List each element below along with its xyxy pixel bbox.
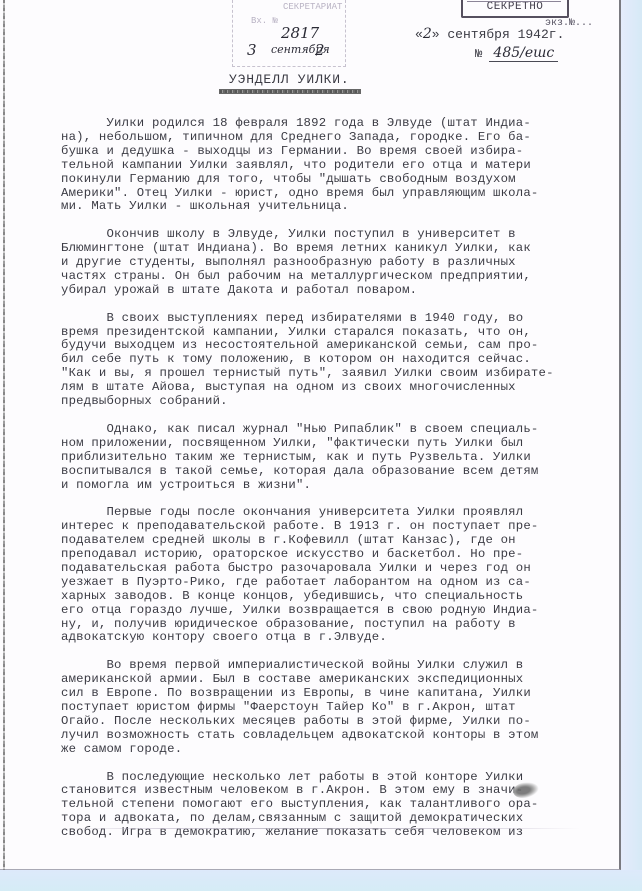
text-line: Во время первой империалистической войны… (61, 659, 609, 673)
text-line: предвыборных собраний. (61, 395, 609, 409)
text-line: харных заводов. В конце концов, убедивши… (61, 590, 609, 604)
number-prefix: № (475, 47, 482, 61)
paragraph: Во время первой империалистической войны… (61, 659, 609, 756)
scan-background-bottom (0, 870, 642, 891)
text-line: подавателем средней школы в г.Кофевилл (… (61, 534, 609, 548)
text-line: американской армии. Был в составе америк… (61, 673, 609, 687)
paragraph: В своих выступлениях перед избирателями … (61, 312, 609, 409)
page-edge (3, 0, 5, 870)
text-line: Америки". Отец Уилки - юрист, одно время… (61, 187, 609, 201)
scan-background-right (620, 0, 642, 891)
stamp-header: СЕКРЕТАРИАТ (283, 2, 342, 12)
text-line: адвокатскую контору своего отца в г.Элву… (61, 631, 609, 645)
text-line: покинули Германию для того, чтобы "дышат… (61, 173, 609, 187)
faint-rule (60, 828, 580, 829)
text-line: тора и адвоката, по делам,связанным с за… (61, 812, 609, 826)
paragraph: Однако, как писал журнал "Нью Рипаблик" … (61, 423, 609, 493)
document-page: СЕКРЕТАРИАТ Вх. № 2817 3 сентября 2 СЕКР… (0, 0, 621, 870)
text-line: сил в Европе. По возвращении из Европы, … (61, 687, 609, 701)
paragraph: Первые годы после окончания университета… (61, 506, 609, 645)
text-line: Окончив школу в Элвуде, Уилки поступил в… (61, 228, 609, 242)
document-number: № 485/ешс (475, 45, 558, 61)
text-line: уезжает в Пуэрто-Рико, где работает лабо… (61, 576, 609, 590)
text-line: ну, и, получив юридическое образование, … (61, 618, 609, 632)
number-value: 485/ешс (489, 45, 558, 62)
date-open-quote: « (415, 27, 423, 42)
text-line: воспитывался в такой семье, которая дала… (61, 465, 609, 479)
paragraph: Окончив школу в Элвуде, Уилки поступил в… (61, 228, 609, 298)
text-line: лям в штате Айова, выступая на одном из … (61, 381, 609, 395)
text-line: и помогла им устроиться в жизни". (61, 479, 609, 493)
text-line: Уилки родился 18 февраля 1892 года в Элв… (61, 117, 609, 131)
date-day: 2 (423, 26, 432, 42)
text-line: ном приложении, посвященном Уилки, "факт… (61, 437, 609, 451)
text-line: будучи выходцем из несостоятельной амери… (61, 339, 609, 353)
text-line: тельной кампании Уилки заявлял, что роди… (61, 159, 609, 173)
text-line: интерес к преподавательской работе. В 19… (61, 520, 609, 534)
text-line: убирал урожай в штате Дакота и работал п… (61, 284, 609, 298)
document-body: Уилки родился 18 февраля 1892 года в Элв… (61, 117, 609, 854)
document-date: «2» сентября 1942г. (415, 26, 564, 42)
text-line: "Как и вы, я прошел тернистый путь", зая… (61, 367, 609, 381)
text-line: подавательская работа быстро разочаровал… (61, 562, 609, 576)
text-line: тельной степени помогают его выступления… (61, 798, 609, 812)
text-line: Однако, как писал журнал "Нью Рипаблик" … (61, 423, 609, 437)
text-line: время президентской кампании, Уилки стар… (61, 326, 609, 340)
registration-day: 3 (247, 41, 257, 59)
text-line: бушка и дедушка - выходцы из Германии. В… (61, 145, 609, 159)
document-title: УЭНДЕЛЛ УИЛКИ. (229, 72, 349, 87)
registration-stamp: СЕКРЕТАРИАТ Вх. № 2817 3 сентября 2 (232, 0, 346, 67)
paragraph: Уилки родился 18 февраля 1892 года в Элв… (61, 117, 609, 214)
text-line: преподавал историю, ораторское искусство… (61, 548, 609, 562)
date-month-year: сентября 1942г. (447, 27, 564, 42)
text-line: поступает юристом фирмы "Фаерстоун Тайер… (61, 701, 609, 715)
stamp-sub-label: Вх. № (251, 16, 278, 26)
date-close-quote: » (432, 27, 440, 42)
text-line: Первые годы после окончания университета… (61, 506, 609, 520)
text-line: его отца гораздо лучше, Уилки возвращает… (61, 604, 609, 618)
text-line: Огайо. После нескольких месяцев работы в… (61, 715, 609, 729)
text-line: лучил возможность стать совладельцем адв… (61, 729, 609, 743)
text-line: В своих выступлениях перед избирателями … (61, 312, 609, 326)
registration-copy: 2 (315, 41, 325, 59)
text-line: ми. Мать Уилки - школьная учительница. (61, 200, 609, 214)
text-line: Блюмингтоне (штат Индиана). Во время лет… (61, 242, 609, 256)
text-line: же самом городе. (61, 743, 609, 757)
text-line: бил себе путь к тому положению, в которо… (61, 353, 609, 367)
registration-number: 2817 (281, 24, 319, 42)
text-line: приблизительно таким же тернистым, как и… (61, 451, 609, 465)
text-line: и другие студенты, выполнял разнообразну… (61, 256, 609, 270)
text-line: частях страны. Он был рабочим на металлу… (61, 270, 609, 284)
secrecy-stamp: СЕКРЕТНО (461, 0, 569, 18)
text-line: на), небольшом, типичном для Среднего За… (61, 131, 609, 145)
title-underline (219, 89, 361, 94)
